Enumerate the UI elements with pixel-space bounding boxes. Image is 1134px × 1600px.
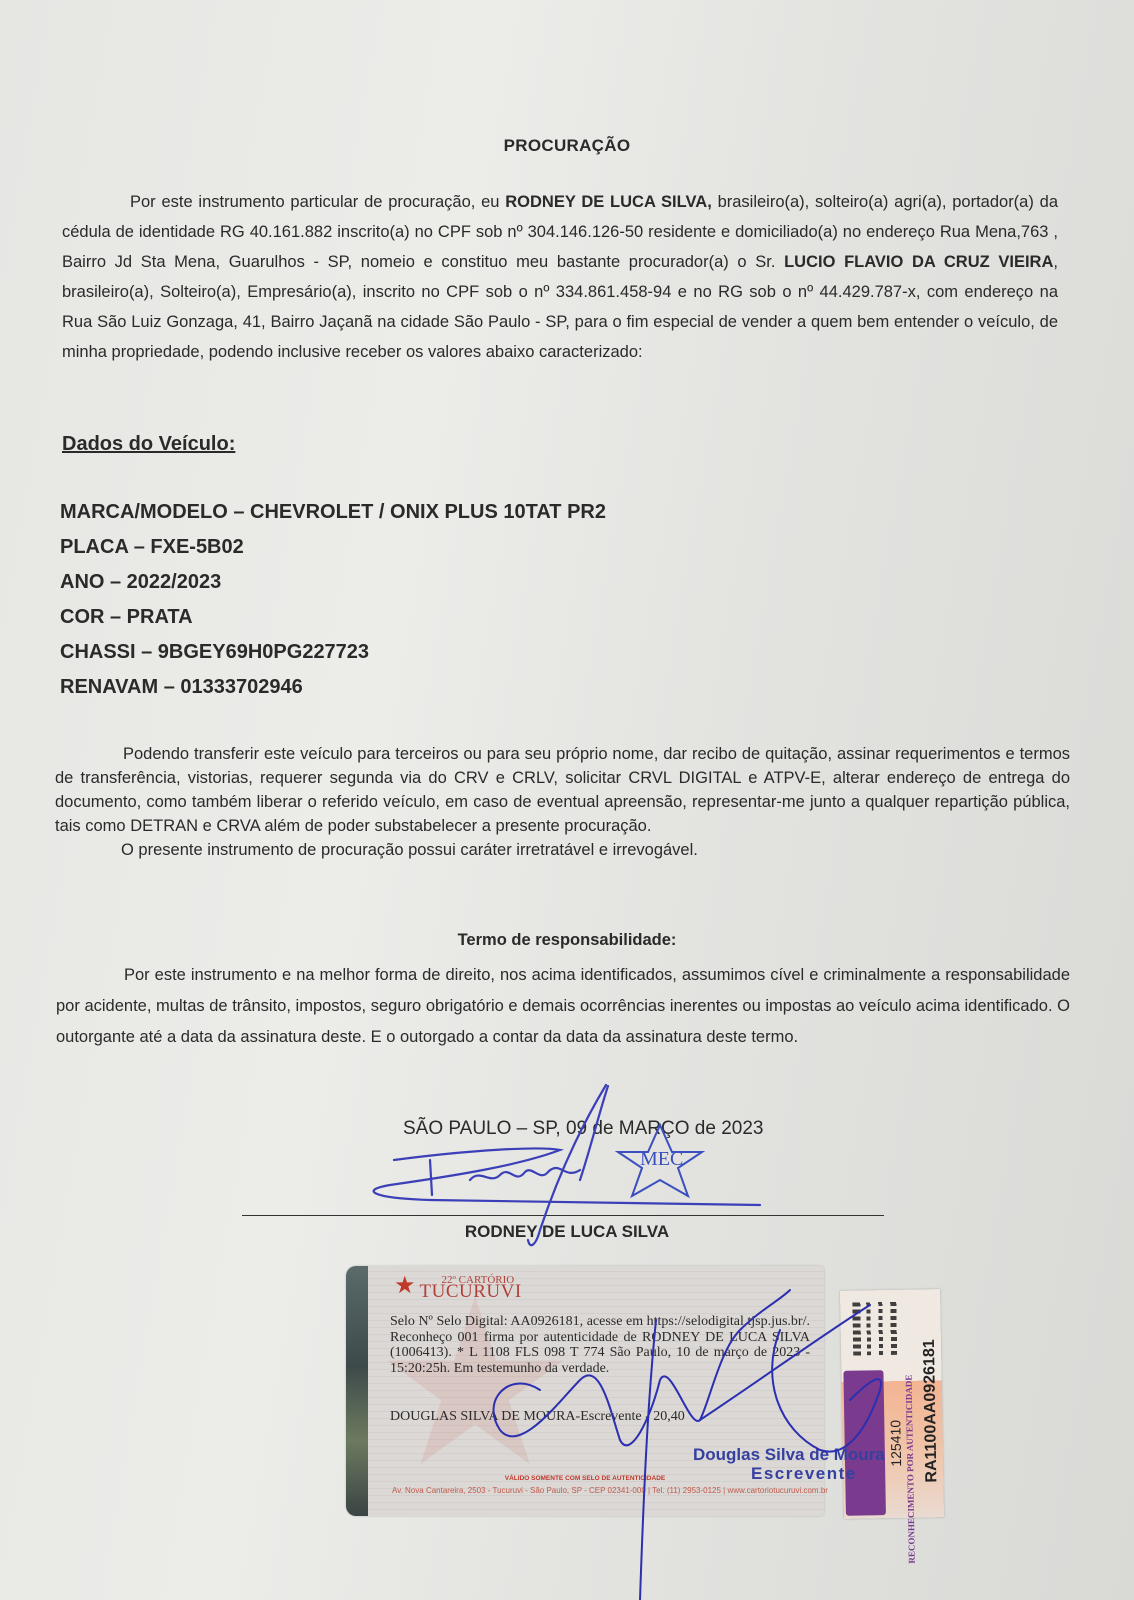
intro-text-1: Por este instrumento particular de procu… (130, 193, 505, 211)
qr-code-icon (852, 1300, 908, 1356)
responsibility-heading: Termo de responsabilidade: (0, 931, 1134, 950)
document-title: PROCURAÇÃO (0, 136, 1134, 156)
powers-paragraph: Podendo transferir este veículo para ter… (55, 742, 1070, 862)
signatory-name: RODNEY DE LUCA SILVA (0, 1222, 1134, 1242)
hologram-emblem (843, 1370, 886, 1516)
seal-recognition-text: Selo Nº Selo Digital: AA0926181, acesse … (390, 1314, 810, 1376)
intro-paragraph: Por este instrumento particular de procu… (62, 187, 1058, 367)
clerk-stamp-name: Douglas Silva de Moura (693, 1445, 885, 1465)
grantor-name: RODNEY DE LUCA SILVA, (505, 193, 712, 211)
responsibility-text: Por este instrumento e na melhor forma d… (56, 966, 1070, 1046)
seal-clerk-line: DOUGLAS SILVA DE MOURA-Escrevente - 20,4… (390, 1409, 685, 1425)
star-logo-icon: ★ (394, 1274, 416, 1298)
responsibility-paragraph: Por este instrumento e na melhor forma d… (56, 960, 1070, 1053)
power-of-attorney-document: PROCURAÇÃO Por este instrumento particul… (0, 0, 1134, 1600)
clerk-stamp-role: Escrevente (751, 1464, 857, 1484)
vehicle-chassis: CHASSI – 9BGEY69H0PG227723 (60, 635, 606, 670)
vehicle-year: ANO – 2022/2023 (60, 565, 606, 600)
vehicle-data-list: MARCA/MODELO – CHEVROLET / ONIX PLUS 10T… (60, 495, 606, 705)
vehicle-make-model: MARCA/MODELO – CHEVROLET / ONIX PLUS 10T… (60, 495, 606, 530)
seal-address: Av. Nova Cantareira, 2503 - Tucuruvi - S… (392, 1486, 828, 1495)
vehicle-renavam: RENAVAM – 01333702946 (60, 670, 606, 705)
irrevocable-clause: O presente instrumento de procuração pos… (55, 838, 1070, 862)
authenticity-sticker: 125410 RECONHECIMENTO POR AUTENTICIDADE … (840, 1289, 944, 1519)
vehicle-heading: Dados do Veículo: (62, 433, 235, 456)
sticker-label: RECONHECIMENTO POR AUTENTICIDADE (903, 1375, 916, 1564)
notary-logo: ★ 22º CARTÓRIO TUCURUVI (394, 1274, 522, 1298)
place-date: SÃO PAULO – SP, 09 de MARÇO de 2023 (403, 1118, 764, 1140)
notary-office-line2: TUCURUVI (420, 1286, 522, 1298)
signature-line (242, 1215, 884, 1216)
vehicle-color: COR – PRATA (60, 600, 606, 635)
vehicle-plate: PLACA – FXE-5B02 (60, 530, 606, 565)
sticker-serial-short: 125410 (887, 1420, 904, 1467)
powers-text: Podendo transferir este veículo para ter… (55, 745, 1070, 835)
sticker-code: RA1100AA0926181 (921, 1339, 941, 1483)
mec-stamp-text: MEC (640, 1148, 683, 1170)
watermark-star-icon: ★ (372, 1276, 522, 1496)
attorney-name: LUCIO FLAVIO DA CRUZ VIEIRA (784, 253, 1053, 271)
